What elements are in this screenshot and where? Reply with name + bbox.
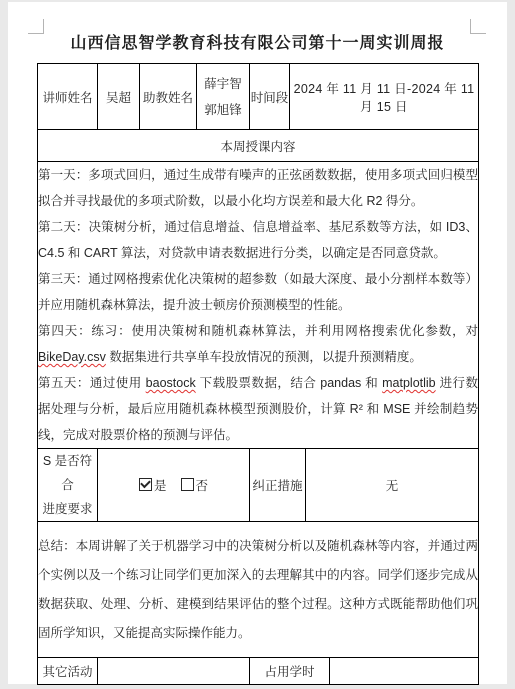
day5-library-baostock: baostock: [146, 376, 196, 390]
progress-label-line2: 进度要求: [38, 497, 97, 521]
day3-paragraph: 第三天：通过网格搜索优化决策树的超参数（如最大深度、最小分割样本数等）并应用随机…: [38, 266, 478, 318]
day5-paragraph: 第五天：通过使用 baostock 下载股票数据，结合 pandas 和 mat…: [38, 370, 478, 448]
day4-filename: BikeDay.csv: [38, 350, 106, 364]
correction-value: 无: [306, 449, 479, 522]
day4-paragraph: 第四天：练习：使用决策树和随机森林算法，并利用网格搜索优化参数，对 BikeDa…: [38, 318, 478, 370]
other-activity-value: [98, 658, 250, 685]
day4-text-end: 数据集进行共享单车投放情况的预测，以提升预测精度。: [106, 350, 422, 364]
no-option[interactable]: 否: [181, 476, 209, 494]
margin-corner-mark-right-icon: [470, 19, 486, 34]
assistant-label: 助教姓名: [140, 64, 197, 130]
hours-value: [330, 658, 479, 685]
hours-label: 占用学时: [250, 658, 330, 685]
table-row: 其它活动 占用学时: [38, 658, 479, 685]
summary-cell: 总结：本周讲解了关于机器学习中的决策树分析以及随机森林等内容，并通过两个实例以及…: [38, 522, 479, 658]
table-row: 总结：本周讲解了关于机器学习中的决策树分析以及随机森林等内容，并通过两个实例以及…: [38, 522, 479, 658]
correction-label: 纠正措施: [250, 449, 306, 522]
assistant-name-2: 郭旭锋: [197, 97, 249, 123]
document-page: 山西信思智学教育科技有限公司第十一周实训周报 讲师姓名 吴超 助教姓名 薛宇智 …: [8, 2, 507, 684]
day2-paragraph: 第二天：决策树分析，通过信息增益、信息增益率、基尼系数等方法，如 ID3、C4.…: [38, 214, 478, 266]
no-label: 否: [196, 479, 209, 493]
unchecked-checkbox-icon[interactable]: [181, 478, 194, 491]
progress-label-line1: S 是否符合: [38, 449, 97, 497]
day5-text: 第五天：通过使用: [38, 376, 146, 390]
yes-option[interactable]: 是: [139, 476, 167, 494]
section-title: 本周授课内容: [38, 130, 479, 162]
progress-label: S 是否符合 进度要求: [38, 449, 98, 522]
period-label: 时间段: [250, 64, 290, 130]
table-row: 讲师姓名 吴超 助教姓名 薛宇智 郭旭锋 时间段 2024 年 11 月 11 …: [38, 64, 479, 130]
yes-label: 是: [154, 479, 167, 493]
other-activity-label: 其它活动: [38, 658, 98, 685]
course-content-cell: 第一天：多项式回归，通过生成带有噪声的正弦函数数据，使用多项式回归模型拟合并寻找…: [38, 162, 479, 449]
summary-paragraph: 总结：本周讲解了关于机器学习中的决策树分析以及随机森林等内容，并通过两个实例以及…: [38, 532, 478, 648]
document-title: 山西信思智学教育科技有限公司第十一周实训周报: [8, 30, 507, 53]
table-row: S 是否符合 进度要求 是否 纠正措施 无: [38, 449, 479, 522]
period-value: 2024 年 11 月 11 日-2024 年 11 月 15 日: [290, 64, 479, 130]
table-row: 第一天：多项式回归，通过生成带有噪声的正弦函数数据，使用多项式回归模型拟合并寻找…: [38, 162, 479, 449]
day5-library-matplotlib: matplotlib: [382, 376, 436, 390]
day4-text: 第四天：练习：使用决策树和随机森林算法，并利用网格搜索优化参数，对: [38, 324, 478, 338]
assistant-name-1: 薛宇智: [197, 71, 249, 97]
checked-checkbox-icon[interactable]: [139, 478, 152, 491]
weekly-report-table: 讲师姓名 吴超 助教姓名 薛宇智 郭旭锋 时间段 2024 年 11 月 11 …: [37, 63, 479, 685]
lecturer-name: 吴超: [98, 64, 140, 130]
margin-corner-mark-left-icon: [28, 19, 44, 34]
day1-paragraph: 第一天：多项式回归，通过生成带有噪声的正弦函数数据，使用多项式回归模型拟合并寻找…: [38, 162, 478, 214]
table-row: 本周授课内容: [38, 130, 479, 162]
lecturer-label: 讲师姓名: [38, 64, 98, 130]
progress-checkbox-cell: 是否: [98, 449, 250, 522]
day5-text-mid: 下载股票数据，结合 pandas 和: [196, 376, 382, 390]
assistant-names: 薛宇智 郭旭锋: [197, 64, 250, 130]
